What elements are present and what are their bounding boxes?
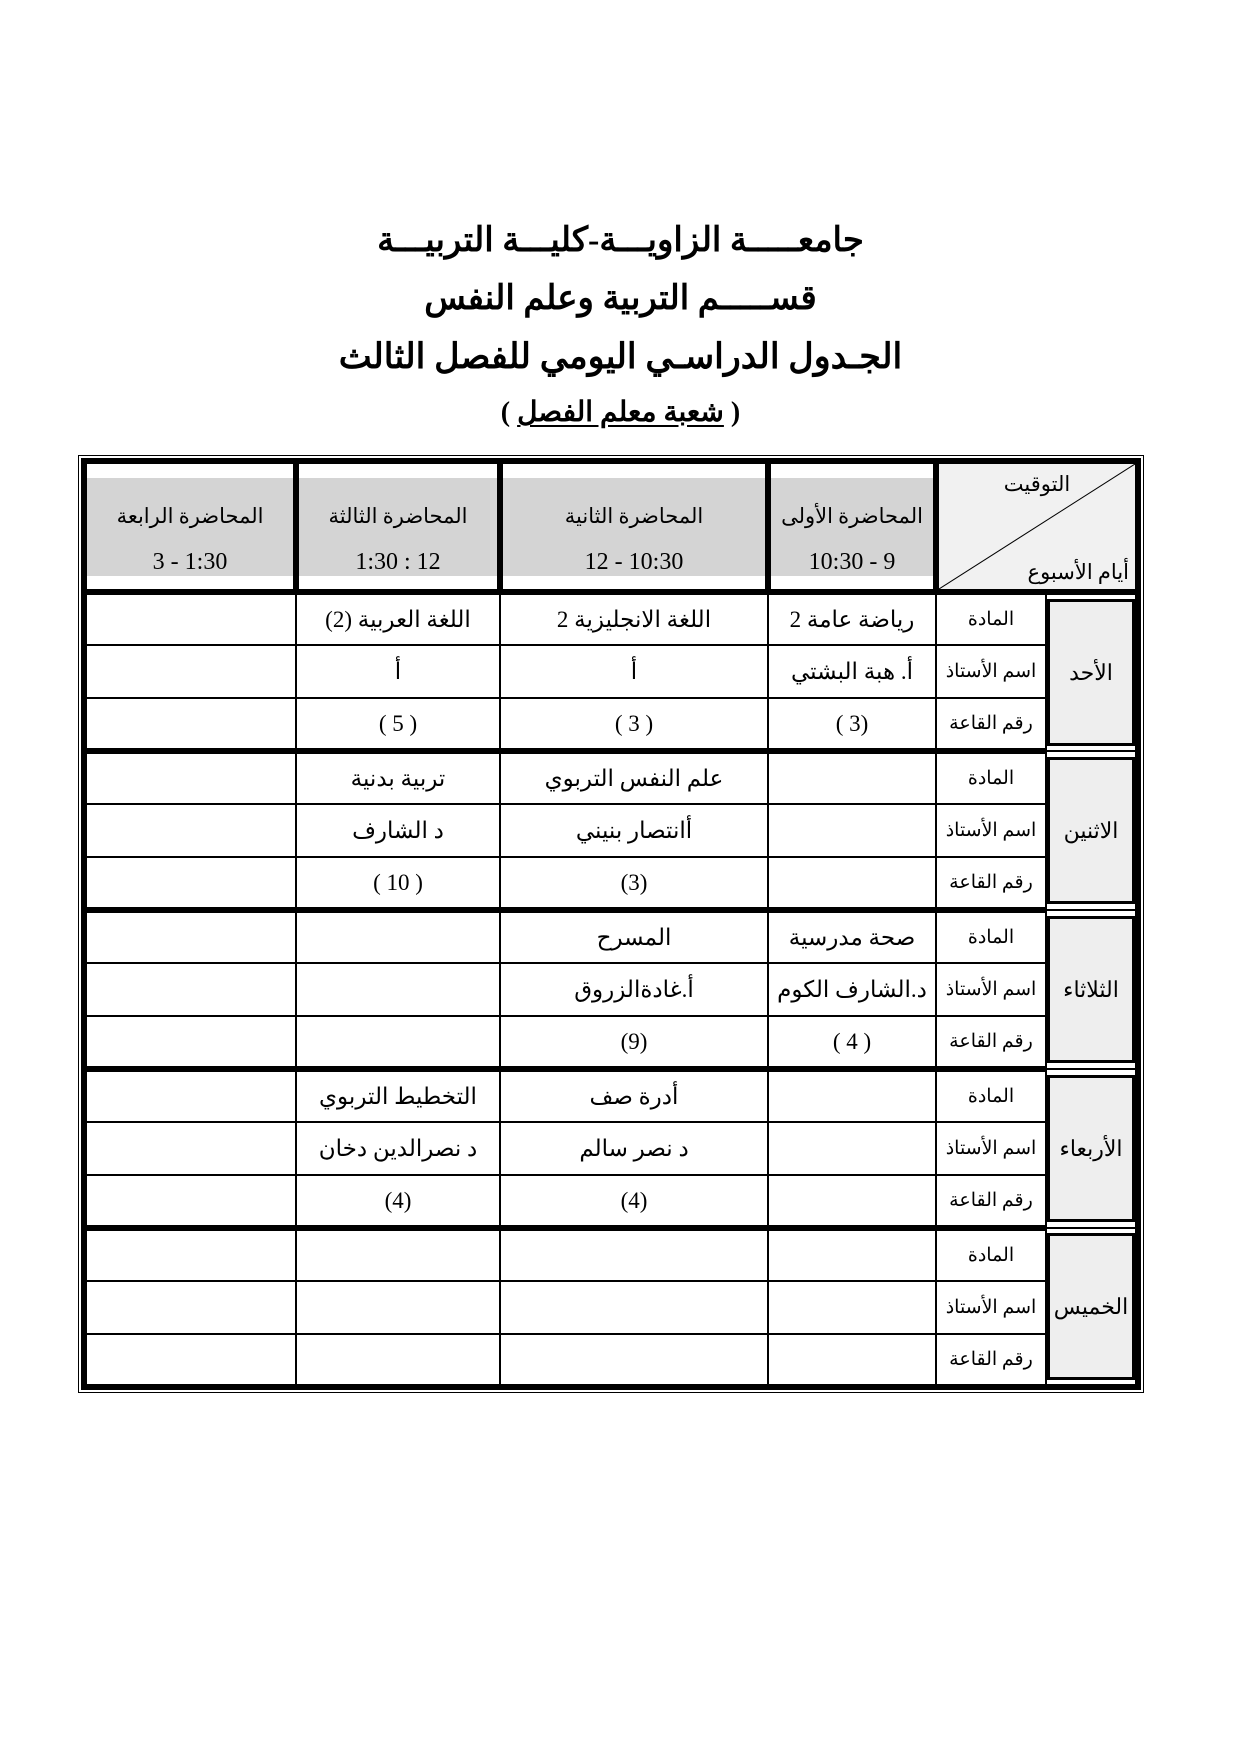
thursday-room-row: رقم القاعة xyxy=(84,1334,1138,1387)
professor-cell xyxy=(296,1281,500,1334)
row-label-room: رقم القاعة xyxy=(936,857,1046,910)
professor-cell xyxy=(84,1122,296,1175)
subject-cell: اللغة الانجليزية 2 xyxy=(500,592,768,645)
tuesday-room-row: رقم القاعة ( 4 ) (9) xyxy=(84,1016,1138,1069)
lecture-1-name: المحاضرة الأولى xyxy=(781,504,923,529)
room-cell xyxy=(84,1016,296,1069)
professor-cell xyxy=(768,1122,936,1175)
title-university: جامعـــــة الزاويـــة-كليـــة التربيـــة xyxy=(0,212,1241,270)
subject-cell xyxy=(84,1069,296,1122)
professor-cell: أ xyxy=(296,645,500,698)
room-cell xyxy=(296,1334,500,1387)
professor-cell: أ.غادةالزروق xyxy=(500,963,768,1016)
professor-cell xyxy=(500,1281,768,1334)
subject-cell xyxy=(296,910,500,963)
subject-cell: المسرح xyxy=(500,910,768,963)
sunday-professor-row: اسم الأستاذ أ. هبة البشتي أ أ xyxy=(84,645,1138,698)
document-title: جامعـــــة الزاويـــة-كليـــة التربيـــة… xyxy=(0,212,1241,440)
subject-cell: تربية بدنية xyxy=(296,751,500,804)
professor-cell: د الشارف xyxy=(296,804,500,857)
sunday-room-row: رقم القاعة ( 3) ( 3 ) ( 5 ) xyxy=(84,698,1138,751)
lecture-4-name: المحاضرة الرابعة xyxy=(117,504,264,529)
day-cell-thursday: الخميس xyxy=(1046,1228,1138,1387)
professor-cell xyxy=(768,1281,936,1334)
professor-cell: د نصر سالم xyxy=(500,1122,768,1175)
sunday-subject-row: الأحد المادة رياضة عامة 2 اللغة الانجليز… xyxy=(84,592,1138,645)
row-label-room: رقم القاعة xyxy=(936,1016,1046,1069)
title-division: ( شعبة معلم الفصل ) xyxy=(0,386,1241,440)
header-row: التوقيت أيام الأسبوع المحاضرة الأولى10:3… xyxy=(84,461,1138,592)
professor-cell xyxy=(84,645,296,698)
document-page: { "title": { "line1": "جامعـــــة الزاوي… xyxy=(0,0,1241,1754)
schedule-table: التوقيت أيام الأسبوع المحاضرة الأولى10:3… xyxy=(81,458,1141,1390)
monday-subject-row: الاثنين المادة علم النفس التربوي تربية ب… xyxy=(84,751,1138,804)
subject-cell xyxy=(84,592,296,645)
room-cell: ( 3 ) xyxy=(500,698,768,751)
room-cell xyxy=(500,1334,768,1387)
subject-cell: علم النفس التربوي xyxy=(500,751,768,804)
professor-cell xyxy=(84,963,296,1016)
row-label-subject: المادة xyxy=(936,1228,1046,1281)
room-cell xyxy=(84,1334,296,1387)
corner-label-weekdays: أيام الأسبوع xyxy=(1028,560,1129,585)
monday-room-row: رقم القاعة (3) ( 10 ) xyxy=(84,857,1138,910)
row-label-subject: المادة xyxy=(936,910,1046,963)
day-cell-wednesday: الأربعاء xyxy=(1046,1069,1138,1228)
subject-cell xyxy=(84,910,296,963)
professor-cell xyxy=(84,1281,296,1334)
room-cell: (4) xyxy=(296,1175,500,1228)
room-cell xyxy=(768,1175,936,1228)
professor-cell xyxy=(84,804,296,857)
wednesday-room-row: رقم القاعة (4) (4) xyxy=(84,1175,1138,1228)
header-lecture-3: المحاضرة الثالثة1:30 : 12 xyxy=(296,461,500,592)
room-cell: ( 4 ) xyxy=(768,1016,936,1069)
room-cell: (9) xyxy=(500,1016,768,1069)
day-name: الاثنين xyxy=(1047,757,1135,904)
room-cell: (4) xyxy=(500,1175,768,1228)
row-label-professor: اسم الأستاذ xyxy=(936,1122,1046,1175)
professor-cell: أانتصار بنيني xyxy=(500,804,768,857)
room-cell xyxy=(84,857,296,910)
division-name: شعبة معلم الفصل xyxy=(517,397,724,428)
lecture-2-time: 12 - 10:30 xyxy=(585,549,684,576)
professor-cell: أ. هبة البشتي xyxy=(768,645,936,698)
professor-cell xyxy=(768,804,936,857)
row-label-subject: المادة xyxy=(936,1069,1046,1122)
professor-cell: أ xyxy=(500,645,768,698)
wednesday-subject-row: الأربعاء المادة أدرة صف التخطيط التربوي xyxy=(84,1069,1138,1122)
subject-cell xyxy=(768,751,936,804)
day-cell-tuesday: الثلاثاء xyxy=(1046,910,1138,1069)
room-cell: ( 10 ) xyxy=(296,857,500,910)
room-cell: ( 3) xyxy=(768,698,936,751)
professor-cell: د.الشارف الكوم xyxy=(768,963,936,1016)
professor-cell xyxy=(296,963,500,1016)
wednesday-professor-row: اسم الأستاذ د نصر سالم د نصرالدين دخان xyxy=(84,1122,1138,1175)
header-lecture-2: المحاضرة الثانية12 - 10:30 xyxy=(500,461,768,592)
day-cell-sunday: الأحد xyxy=(1046,592,1138,751)
room-cell xyxy=(768,857,936,910)
row-label-professor: اسم الأستاذ xyxy=(936,645,1046,698)
tuesday-professor-row: اسم الأستاذ د.الشارف الكوم أ.غادةالزروق xyxy=(84,963,1138,1016)
row-label-room: رقم القاعة xyxy=(936,1334,1046,1387)
row-label-subject: المادة xyxy=(936,592,1046,645)
row-label-professor: اسم الأستاذ xyxy=(936,963,1046,1016)
day-name: الثلاثاء xyxy=(1047,916,1135,1063)
room-cell xyxy=(84,1175,296,1228)
thursday-professor-row: اسم الأستاذ xyxy=(84,1281,1138,1334)
professor-cell: د نصرالدين دخان xyxy=(296,1122,500,1175)
row-label-professor: اسم الأستاذ xyxy=(936,1281,1046,1334)
thursday-subject-row: الخميس المادة xyxy=(84,1228,1138,1281)
room-cell xyxy=(296,1016,500,1069)
monday-professor-row: اسم الأستاذ أانتصار بنيني د الشارف xyxy=(84,804,1138,857)
corner-cell: التوقيت أيام الأسبوع xyxy=(936,461,1138,592)
row-label-subject: المادة xyxy=(936,751,1046,804)
lecture-2-name: المحاضرة الثانية xyxy=(565,504,703,529)
day-name: الخميس xyxy=(1047,1233,1135,1380)
tuesday-subject-row: الثلاثاء المادة صحة مدرسية المسرح xyxy=(84,910,1138,963)
day-name: الأحد xyxy=(1047,599,1135,746)
day-cell-monday: الاثنين xyxy=(1046,751,1138,910)
row-label-professor: اسم الأستاذ xyxy=(936,804,1046,857)
subject-cell: أدرة صف xyxy=(500,1069,768,1122)
subject-cell: رياضة عامة 2 xyxy=(768,592,936,645)
subject-cell xyxy=(84,751,296,804)
lecture-3-name: المحاضرة الثالثة xyxy=(329,504,468,529)
header-lecture-1: المحاضرة الأولى10:30 - 9 xyxy=(768,461,936,592)
subject-cell xyxy=(768,1228,936,1281)
subject-cell: اللغة العربية (2) xyxy=(296,592,500,645)
row-label-room: رقم القاعة xyxy=(936,698,1046,751)
subject-cell xyxy=(500,1228,768,1281)
lecture-3-time: 1:30 : 12 xyxy=(355,549,440,576)
lecture-4-time: 3 - 1:30 xyxy=(153,549,228,576)
room-cell xyxy=(768,1334,936,1387)
subject-cell xyxy=(296,1228,500,1281)
subject-cell: التخطيط التربوي xyxy=(296,1069,500,1122)
paren-close: ) xyxy=(501,397,517,428)
title-schedule: الجـدول الدراسـي اليومي للفصل الثالث xyxy=(0,328,1241,386)
corner-inner: التوقيت أيام الأسبوع xyxy=(939,464,1135,589)
corner-label-timing: التوقيت xyxy=(939,472,1135,497)
header-lecture-4: المحاضرة الرابعة3 - 1:30 xyxy=(84,461,296,592)
day-name: الأربعاء xyxy=(1047,1075,1135,1222)
subject-cell: صحة مدرسية xyxy=(768,910,936,963)
room-cell xyxy=(84,698,296,751)
subject-cell xyxy=(768,1069,936,1122)
timetable: التوقيت أيام الأسبوع المحاضرة الأولى10:3… xyxy=(78,455,1144,1393)
lecture-1-time: 10:30 - 9 xyxy=(809,549,896,576)
paren-open: ( xyxy=(724,397,740,428)
subject-cell xyxy=(84,1228,296,1281)
row-label-room: رقم القاعة xyxy=(936,1175,1046,1228)
room-cell: (3) xyxy=(500,857,768,910)
title-department: قســـــم التربية وعلم النفس xyxy=(0,270,1241,328)
room-cell: ( 5 ) xyxy=(296,698,500,751)
